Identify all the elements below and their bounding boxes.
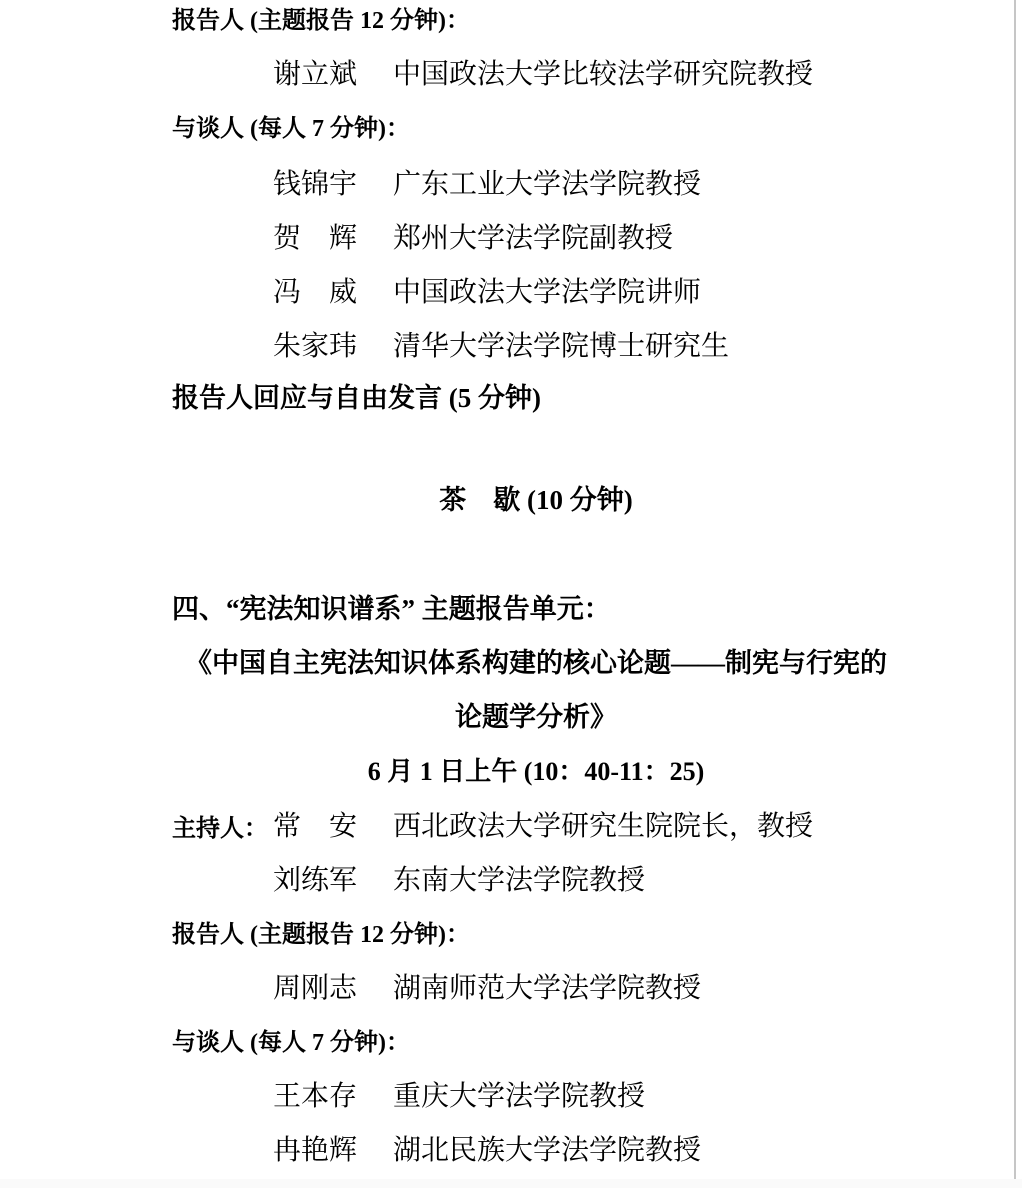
discussant-affiliation: 广东工业大学法学院教授 (393, 169, 701, 200)
presenter-name: 谢立斌 (273, 60, 393, 91)
presenter-affiliation: 中国政法大学比较法学研究院教授 (393, 59, 813, 90)
response-label: 报告人回应与自由发言 (5 分钟) (172, 384, 541, 414)
discussant-row: 钱锦宇广东工业大学法学院教授 (273, 170, 701, 201)
discussant-row: 贺 辉郑州大学法学院副教授 (273, 224, 673, 255)
discussant-affiliation: 中国政法大学法学院讲师 (393, 277, 701, 308)
session4-topic-line2: 论题学分析》 (172, 703, 900, 733)
moderator-affiliation: 西北政法大学研究生院院长，教授 (393, 812, 813, 843)
session4-topic-line1: 《中国自主宪法知识体系构建的核心论题——制宪与行宪的 (172, 649, 900, 679)
presenter-label: 报告人 (主题报告 12 分钟)： (172, 922, 470, 948)
discussant-name: 王本存 (273, 1082, 393, 1113)
discussant-row: 冉艳辉湖北民族大学法学院教授 (273, 1136, 701, 1167)
session4-schedule: 6 月 1 日上午 (10：40-11：25) (172, 758, 900, 787)
discussant-row: 王本存重庆大学法学院教授 (273, 1082, 645, 1113)
discussant-row: 冯 威中国政法大学法学院讲师 (273, 278, 701, 309)
page-bottom-edge (0, 1179, 1022, 1188)
presenter-name: 周刚志 (273, 974, 393, 1005)
moderator-affiliation: 东南大学法学院教授 (393, 866, 645, 897)
moderator-name: 刘练军 (273, 866, 357, 897)
presenter-row: 谢立斌中国政法大学比较法学研究院教授 (273, 60, 813, 91)
agenda-content: 报告人 (主题报告 12 分钟)： 谢立斌中国政法大学比较法学研究院教授 与谈人… (172, 0, 900, 1188)
discussant-affiliation: 清华大学法学院博士研究生 (393, 331, 729, 362)
discussant-name: 朱家玮 (273, 332, 393, 363)
discussant-label: 与谈人 (每人 7 分钟)： (172, 116, 410, 142)
moderator-label: 主持人： (172, 816, 268, 842)
discussant-affiliation: 重庆大学法学院教授 (393, 1081, 645, 1112)
page-edge-line (1014, 0, 1016, 1188)
discussant-affiliation: 湖北民族大学法学院教授 (393, 1135, 701, 1166)
presenter-label: 报告人 (主题报告 12 分钟)： (172, 8, 470, 34)
discussant-name: 冯 威 (273, 278, 393, 309)
discussant-name: 冉艳辉 (273, 1136, 393, 1167)
discussant-row: 朱家玮清华大学法学院博士研究生 (273, 332, 729, 363)
presenter-row: 周刚志湖南师范大学法学院教授 (273, 974, 701, 1005)
tea-break-label: 茶 歇 (10 分钟) (172, 486, 900, 516)
discussant-affiliation: 郑州大学法学院副教授 (393, 223, 673, 254)
document-page: 报告人 (主题报告 12 分钟)： 谢立斌中国政法大学比较法学研究院教授 与谈人… (0, 0, 1022, 1188)
moderator-name: 常 安 (273, 812, 357, 843)
session4-heading: 四、“宪法知识谱系” 主题报告单元： (172, 595, 611, 625)
presenter-affiliation: 湖南师范大学法学院教授 (393, 973, 701, 1004)
discussant-name: 贺 辉 (273, 224, 393, 255)
discussant-name: 钱锦宇 (273, 170, 393, 201)
discussant-label: 与谈人 (每人 7 分钟)： (172, 1030, 410, 1056)
